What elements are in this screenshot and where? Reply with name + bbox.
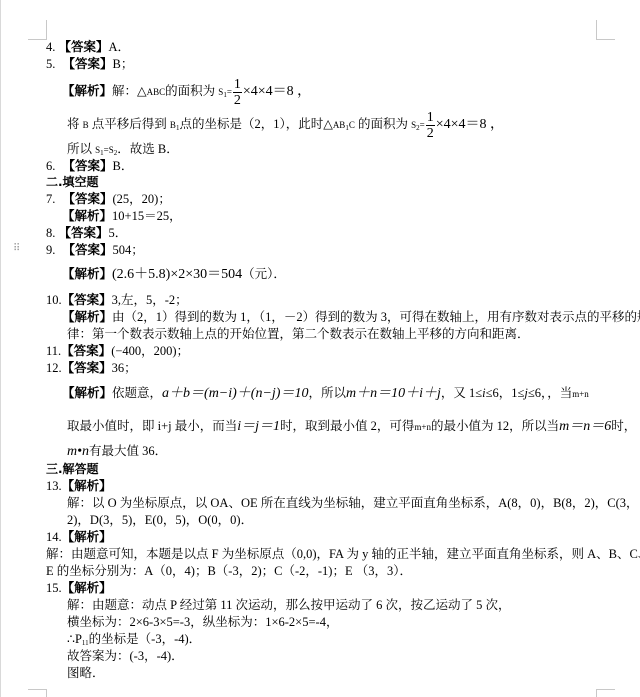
analysis-10-line-2: 律：第一个数表示数轴上点的开始位置，第二个数表示在数轴上平移的方向和距离．: [67, 326, 530, 342]
question-number: 9.: [46, 243, 55, 257]
fraction-one-half: 12: [233, 77, 242, 108]
analysis-12-line-2: 取最小值时，即 i+j 最小，而当i＝j＝1时，取到最小值 2，可得m+n的最小…: [67, 416, 636, 437]
question-number: 14.: [46, 530, 62, 544]
analysis-5-line-1: 【解析】解：△ABC的面积为 S1=12×4×4＝8 ，: [62, 76, 311, 110]
analysis-15-line-1: 解：由题意：动点 P 经过第 11 次运动，那么按甲运动了 6 次，按乙运动了 …: [67, 597, 511, 613]
analysis-13-line-1: 解：以 O 为坐标原点，以 OA、OE 所在直线为坐标轴，建立平面直角坐标系，A…: [67, 495, 639, 511]
analysis-tag: 【解析】: [62, 530, 112, 544]
analysis-text: 取最小值时，即 i+j 最小，而当: [67, 419, 237, 433]
answer-4: 4. 【答案】A．: [46, 39, 130, 55]
answer-11: 11.【答案】(−400，200)；: [46, 343, 189, 359]
answer-tag: 【答案】: [63, 192, 113, 206]
page-corner-mark-top-right: [596, 20, 615, 40]
answer-tag: 【答案】: [61, 344, 111, 358]
fraction-one-half: 12: [426, 110, 435, 141]
question-number: 6.: [46, 159, 55, 173]
analysis-tag: 【解析】: [62, 581, 112, 595]
unit-text: （元）．: [242, 267, 286, 281]
math-expression: (2.6＋5.8)×2×30＝504: [112, 267, 242, 282]
denominator: 2: [426, 126, 435, 141]
answer-8: 8. 【答案】5．: [46, 225, 127, 241]
math-expression: m•n: [67, 444, 89, 459]
answer-text: B．: [113, 159, 134, 173]
math-expression: i＝j＝1: [237, 419, 280, 434]
question-number: 7.: [46, 192, 55, 206]
answer-tag: 【答案】: [59, 40, 109, 54]
analysis-text: 时，: [611, 419, 636, 433]
numerator: 1: [233, 77, 242, 93]
analysis-text: 时，取到最小值 2，可得: [280, 419, 414, 433]
answer-tag: 【答案】: [63, 159, 113, 173]
analysis-text: ≤6，，当: [528, 386, 572, 400]
analysis-15-line-2: 横坐标为：2×6-3×5=-3，纵坐标为：1×6-2×5=-4，: [67, 614, 338, 630]
answer-tag: 【答案】: [59, 226, 109, 240]
answer-tag: 【答案】: [62, 293, 112, 307]
analysis-tag: 【解析】: [62, 310, 112, 324]
page-left-edge: [0, 0, 1, 697]
math-expression: ×4×4＝8 ，: [243, 84, 311, 99]
analysis-text: 的面积为: [355, 117, 411, 131]
triangle-label: AB: [333, 120, 346, 130]
point-subscript: 11: [82, 639, 89, 647]
analysis-text: 点平移后得到: [89, 117, 170, 131]
analysis-text: 的面积为: [165, 84, 218, 98]
answer-text: 504；: [113, 243, 144, 257]
analysis-text: 将: [67, 117, 83, 131]
equals-sign: =: [420, 120, 425, 130]
answer-12: 12.【答案】36；: [46, 360, 137, 376]
answer-text: 3,左，5，-2；: [112, 293, 188, 307]
answer-text: A．: [109, 40, 131, 54]
answer-text: (−400，200)；: [111, 344, 189, 358]
analysis-14-line-1: 解：由题意可知，本题是以点 F 为坐标原点（0,0)，FA 为 y 轴的正半轴，…: [46, 546, 640, 562]
answer-text: 5．: [109, 226, 128, 240]
answer-14: 14.【解析】: [46, 529, 112, 545]
page-corner-mark-bottom-left: [28, 689, 47, 697]
analysis-text: 有最大值 36．: [89, 444, 167, 458]
answer-9: 9. 【答案】504；: [46, 242, 144, 258]
analysis-text: 点的坐标是（2，1），此时△: [179, 117, 332, 131]
analysis-text: 所以: [67, 142, 95, 156]
analysis-14-line-2: E 的坐标分别为：A（0，4)；B（-3，2)；C（-2，-1)；E （3，3）…: [46, 563, 412, 579]
question-number: 4.: [46, 40, 55, 54]
analysis-15-line-4: 故答案为：(-3，-4)．: [67, 648, 184, 664]
analysis-text: 由（2，1）得到的数为 1，（1，－2）得到的数为 3，可得在数轴上，用有序数对…: [112, 310, 640, 324]
analysis-text: ．故选 B．: [117, 142, 178, 156]
math-expression: ×4×4＝8 ，: [436, 117, 504, 132]
question-number: 11.: [46, 344, 61, 358]
page-corner-mark-bottom-right: [596, 689, 615, 697]
answer-tag: 【答案】: [63, 57, 113, 71]
analysis-text: ，又 1≤: [441, 386, 482, 400]
analysis-tag: 【解析】: [62, 209, 112, 223]
analysis-12-line-3: m•n有最大值 36．: [67, 441, 167, 462]
analysis-13-line-2: 2)，D(3，5)，E(0，5)，O(0，0)．: [67, 512, 253, 528]
answer-7: 7. 【答案】(25，20)；: [46, 191, 171, 207]
answer-text: (25，20)；: [113, 192, 171, 206]
answer-5: 5. 【答案】B；: [46, 56, 133, 72]
question-number: 5.: [46, 57, 55, 71]
question-number: 8.: [46, 226, 55, 240]
page-corner-mark-top-left: [28, 20, 47, 40]
analysis-text: ∴P: [67, 632, 82, 646]
math-expression: a＋b＝(m−i)＋(n−j)＝10: [162, 386, 308, 401]
numerator: 1: [426, 110, 435, 126]
triangle-label: ABC: [147, 87, 166, 97]
analysis-text: 的最小值为 12，所以当: [431, 419, 559, 433]
answer-15: 15.【解析】: [46, 580, 112, 596]
analysis-text: 10+15＝25，: [112, 209, 182, 223]
math-expression: m＋n＝10＋i＋j: [346, 386, 441, 401]
analysis-text: ≤6，1≤: [486, 386, 525, 400]
answer-text: 36；: [112, 361, 137, 375]
question-number: 13.: [46, 479, 62, 493]
analysis-text: ，所以: [308, 386, 346, 400]
answer-13: 13.【解析】: [46, 478, 112, 494]
section-heading-solution: 三.解答题: [46, 461, 99, 477]
equals-sign: =: [227, 87, 232, 97]
analysis-text: 的坐标是（-3，-4)．: [89, 632, 202, 646]
section-heading-fill-in-blank: 二.填空题: [46, 174, 99, 190]
analysis-text: 解：△: [112, 84, 147, 98]
analysis-7: 【解析】10+15＝25，: [62, 208, 182, 224]
answer-6: 6. 【答案】B．: [46, 158, 133, 174]
drag-handle-icon[interactable]: ⠿: [13, 243, 21, 255]
answer-text: B；: [113, 57, 134, 71]
analysis-tag: 【解析】: [62, 479, 112, 493]
answer-tag: 【答案】: [62, 361, 112, 375]
question-number: 10.: [46, 293, 62, 307]
analysis-tag: 【解析】: [62, 267, 112, 281]
math-expression: m＝n＝6: [559, 419, 611, 434]
analysis-tag: 【解析】: [62, 386, 112, 400]
analysis-5-line-2: 将 B 点平移后得到 B1点的坐标是（2，1），此时△AB1C 的面积为 S2=…: [67, 108, 504, 144]
answer-10: 10.【答案】3,左，5，-2；: [46, 292, 188, 308]
analysis-tag: 【解析】: [62, 84, 112, 98]
math-expression: m+n: [572, 389, 589, 399]
analysis-15-line-5: 图略．: [67, 665, 105, 681]
answer-tag: 【答案】: [63, 243, 113, 257]
denominator: 2: [233, 93, 242, 108]
question-number: 12.: [46, 361, 62, 375]
analysis-12-line-1: 【解析】依题意，a＋b＝(m−i)＋(n−j)＝10，所以m＋n＝10＋i＋j，…: [62, 383, 589, 404]
analysis-9: 【解析】(2.6＋5.8)×2×30＝504（元）．: [62, 264, 286, 285]
question-number: 15.: [46, 581, 62, 595]
analysis-10-line-1: 【解析】由（2，1）得到的数为 1，（1，－2）得到的数为 3，可得在数轴上，用…: [62, 309, 640, 325]
math-expression: m+n: [414, 422, 431, 432]
analysis-text: 依题意，: [112, 386, 162, 400]
